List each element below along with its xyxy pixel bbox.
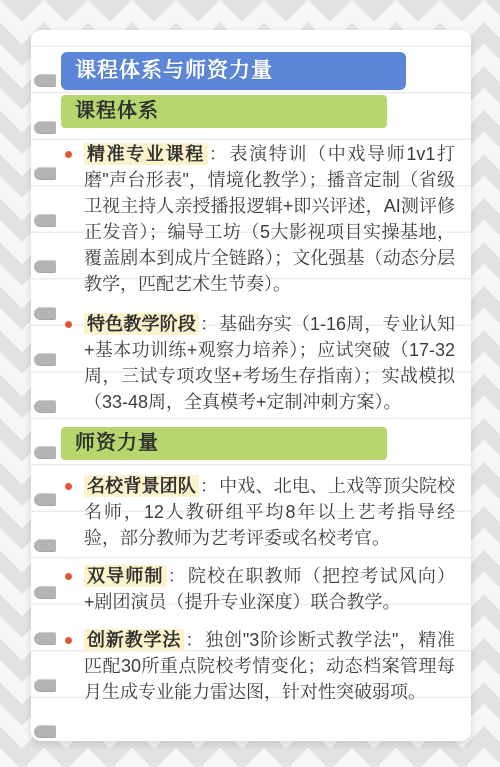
- term-separator: ：: [168, 566, 187, 586]
- section-heading-faculty: 师资力量: [61, 427, 387, 460]
- item-description: 表演特训（中戏导师1v1打磨"声台形表"，情境化教学）；播音定制（省级卫视主持人…: [84, 144, 455, 294]
- section-heading-label: 课程体系: [75, 100, 159, 122]
- term-separator: ：: [200, 476, 218, 496]
- page-title-bar: 课程体系与师资力量: [61, 52, 406, 90]
- term-highlight: 名校背景团队: [84, 475, 199, 497]
- section-heading-label: 师资力量: [75, 432, 159, 454]
- term-highlight: 双导师制: [84, 565, 167, 587]
- list-item: 创新教学法：独创"3阶诊断式教学法"，精准匹配30所重点院校考情变化；动态档案管…: [61, 627, 455, 705]
- bullet-icon: [65, 321, 72, 328]
- course-system-list: 精准专业课程：表演特训（中戏导师1v1打磨"声台形表"，情境化教学）；播音定制（…: [61, 141, 455, 415]
- page-background: { "page": { "title": "课程体系与师资力量" }, "ui"…: [0, 0, 500, 767]
- bullet-icon: [65, 151, 72, 158]
- term-highlight: 特色教学阶段: [84, 313, 199, 335]
- list-item: 双导师制：院校在职教师（把控考试风向）+剧团演员（提升专业深度）联合教学。: [61, 563, 455, 615]
- term-separator: ：: [209, 144, 229, 164]
- term-highlight: 创新教学法: [84, 629, 184, 651]
- note-card: 课程体系与师资力量 课程体系 精准专业课程：表演特训（中戏导师1v1打磨"声台形…: [31, 30, 471, 741]
- page-title: 课程体系与师资力量: [75, 59, 273, 82]
- bullet-icon: [65, 573, 72, 580]
- note-content: 课程体系与师资力量 课程体系 精准专业课程：表演特训（中戏导师1v1打磨"声台形…: [31, 30, 471, 741]
- term-highlight: 精准专业课程: [84, 143, 208, 165]
- term-separator: ：: [185, 630, 204, 650]
- bullet-icon: [65, 637, 72, 644]
- bullet-icon: [65, 483, 72, 490]
- list-item: 名校背景团队：中戏、北电、上戏等顶尖院校名师，12人教研组平均8年以上艺考指导经…: [61, 473, 455, 551]
- faculty-list: 名校背景团队：中戏、北电、上戏等顶尖院校名师，12人教研组平均8年以上艺考指导经…: [61, 473, 455, 705]
- section-heading-course-system: 课程体系: [61, 95, 387, 128]
- list-item: 精准专业课程：表演特训（中戏导师1v1打磨"声台形表"，情境化教学）；播音定制（…: [61, 141, 455, 297]
- term-separator: ：: [200, 314, 218, 334]
- list-item: 特色教学阶段：基础夯实（1-16周，专业认知+基本功训练+观察力培养）；应试突破…: [61, 311, 455, 415]
